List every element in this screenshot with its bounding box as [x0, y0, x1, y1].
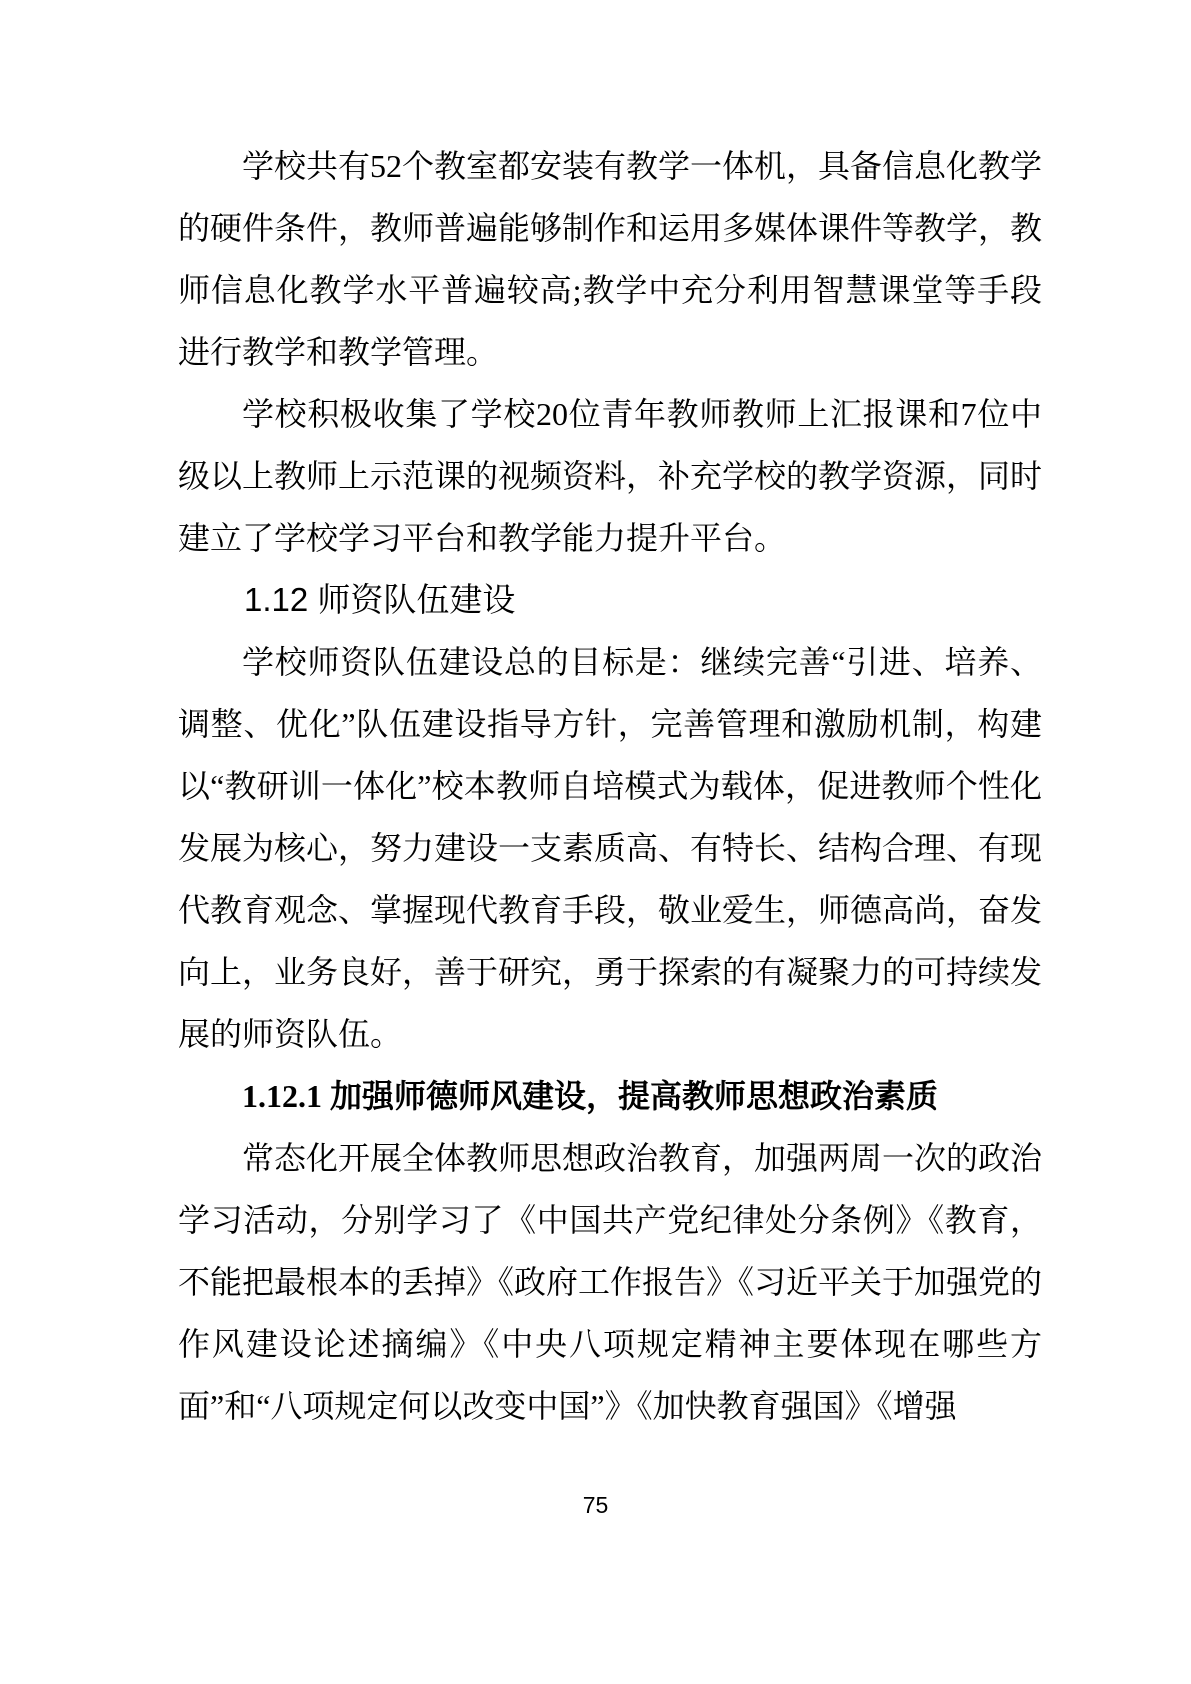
- page-footer: 75: [0, 1492, 1191, 1519]
- page-number: 75: [583, 1492, 609, 1518]
- document-content: 学校共有52个教室都安装有教学一体机，具备信息化教学的硬件条件，教师普遍能够制作…: [178, 135, 1042, 1437]
- paragraph-video-resources: 学校积极收集了学校20位青年教师教师上汇报课和7位中级以上教师上示范课的视频资料…: [178, 383, 1042, 569]
- paragraph-political-study: 常态化开展全体教师思想政治教育，加强两周一次的政治学习活动，分别学习了《中国共产…: [178, 1127, 1042, 1437]
- paragraph-classroom-equipment: 学校共有52个教室都安装有教学一体机，具备信息化教学的硬件条件，教师普遍能够制作…: [178, 135, 1042, 383]
- section-heading-1-12: 1.12 师资队伍建设: [178, 569, 1042, 631]
- subsection-heading-1-12-1: 1.12.1 加强师德师风建设，提高教师思想政治素质: [178, 1065, 1042, 1127]
- document-page: 学校共有52个教室都安装有教学一体机，具备信息化教学的硬件条件，教师普遍能够制作…: [0, 0, 1191, 1684]
- paragraph-team-building-goal: 学校师资队伍建设总的目标是：继续完善“引进、培养、调整、优化”队伍建设指导方针，…: [178, 631, 1042, 1065]
